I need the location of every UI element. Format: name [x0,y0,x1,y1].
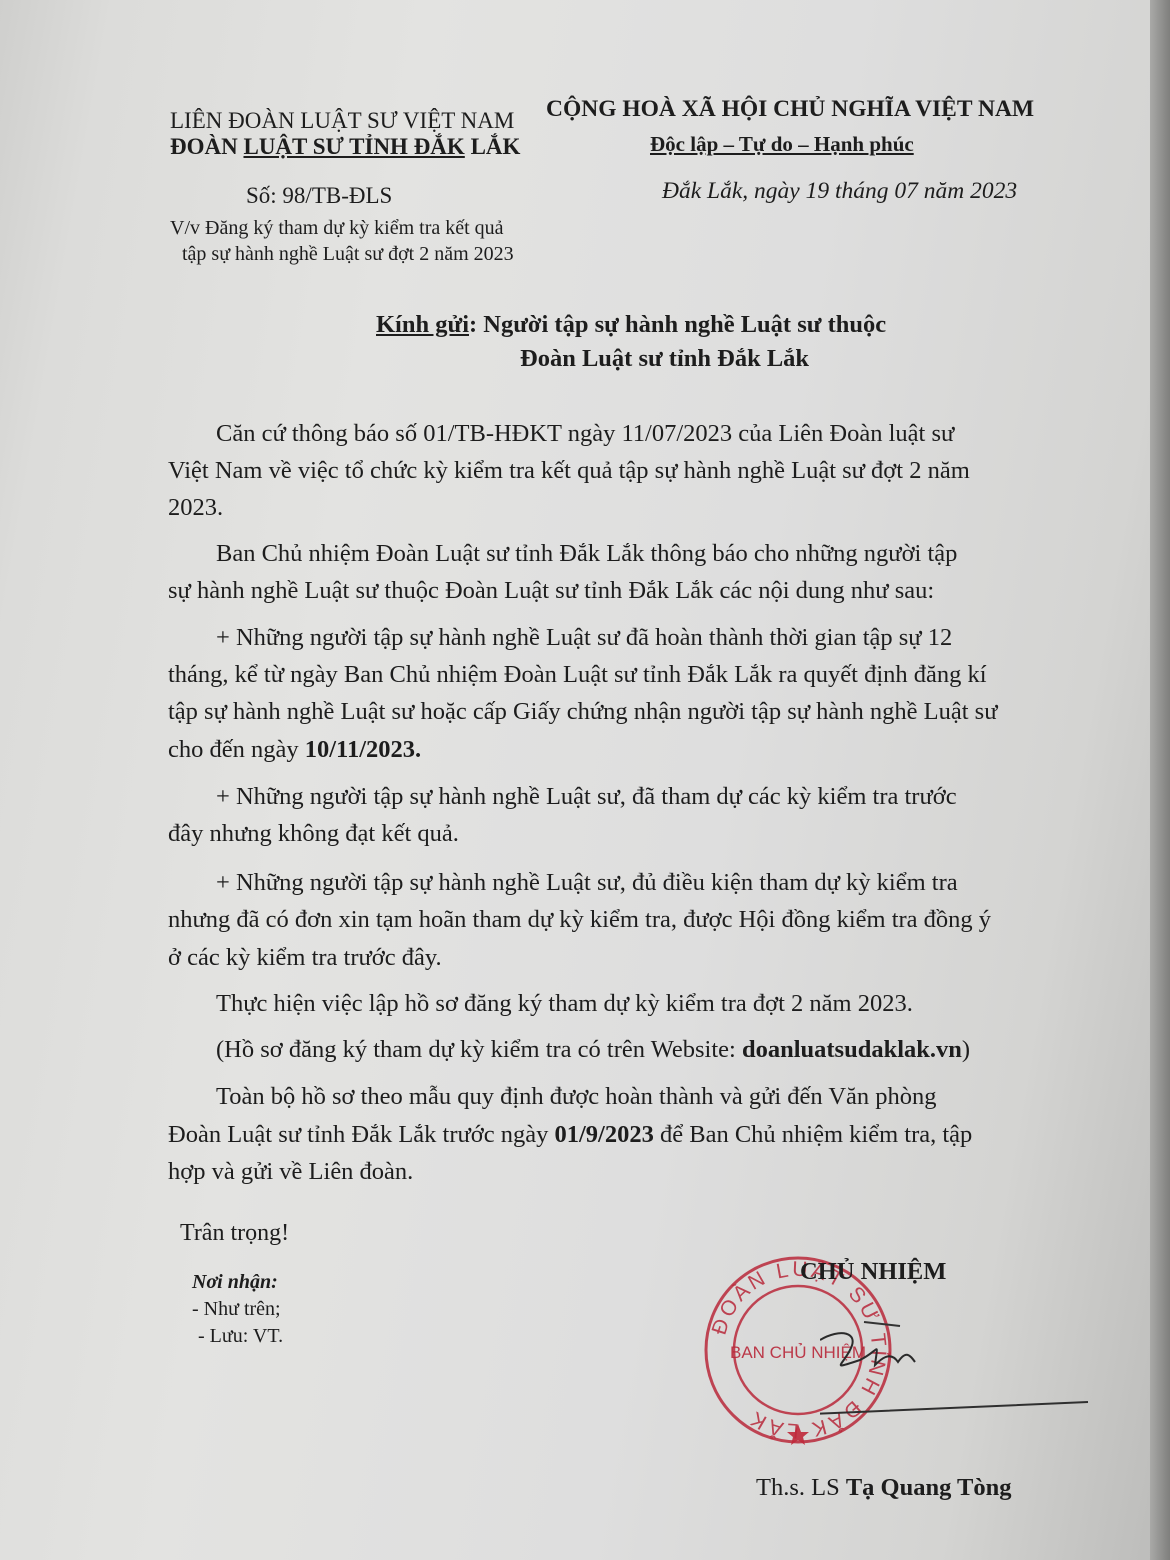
org-branch-underlined: LUẬT SƯ TỈNH ĐẮK [243,134,464,159]
org-branch-prefix: ĐOÀN [170,134,243,159]
document-page: LIÊN ĐOÀN LUẬT SƯ VIỆT NAM ĐOÀN LUẬT SƯ … [0,0,1152,1560]
signatory-full-name: Tạ Quang Tòng [846,1474,1012,1501]
paragraph-8-line-2: Đoàn Luật sư tỉnh Đắk Lắk trước ngày 01/… [168,1121,972,1149]
closing: Trân trọng! [180,1220,289,1247]
paragraph-4-line-1: + Những người tập sự hành nghề Luật sư, … [216,783,957,811]
paragraph-3-line-2: tháng, kể từ ngày Ban Chủ nhiệm Đoàn Luậ… [168,661,987,689]
paragraph-3-line-4: cho đến ngày 10/11/2023. [168,736,421,764]
place-date: Đắk Lắk, ngày 19 tháng 07 năm 2023 [662,178,1017,205]
paragraph-5-line-1: + Những người tập sự hành nghề Luật sư, … [216,869,958,897]
paragraph-6: Thực hiện việc lập hồ sơ đăng ký tham dự… [216,990,913,1018]
subject-line-1: V/v Đăng ký tham dự kỳ kiểm tra kết quả [170,217,504,240]
page-edge-shadow [1150,0,1170,1560]
national-title: CỘNG HOÀ XÃ HỘI CHỦ NGHĨA VIỆT NAM [546,96,1034,123]
signatory-title-prefix: Th.s. LS [756,1474,846,1501]
paragraph-3-line-1: + Những người tập sự hành nghề Luật sư đ… [216,624,952,652]
org-name: LIÊN ĐOÀN LUẬT SƯ VIỆT NAM [170,108,514,134]
paragraph-8-line-1: Toàn bộ hồ sơ theo mẫu quy định được hoà… [216,1083,937,1111]
signature-scribble-icon [820,1310,1150,1450]
recipient-line-1: Kính gửi: Người tập sự hành nghề Luật sư… [376,311,886,339]
deadline-prefix: cho đến ngày [168,736,305,763]
deadline-date: 10/11/2023. [305,736,421,763]
paragraph-8-line-3: hợp và gửi về Liên đoàn. [168,1158,413,1186]
subject-line-2: tập sự hành nghề Luật sư đợt 2 năm 2023 [182,243,514,266]
submission-suffix: để Ban Chủ nhiệm kiểm tra, tập [654,1121,972,1148]
org-branch-suffix: LẮK [465,134,521,159]
paragraph-3-line-3: tập sự hành nghề Luật sư hoặc cấp Giấy c… [168,698,997,726]
signatory-name: Th.s. LS Tạ Quang Tòng [756,1474,1012,1502]
paragraph-1-line-2: Việt Nam về việc tổ chức kỳ kiểm tra kết… [168,457,970,485]
paragraph-5-line-3: ở các kỳ kiểm tra trước đây. [168,944,442,972]
website-prefix: (Hồ sơ đăng ký tham dự kỳ kiểm tra có tr… [216,1036,742,1063]
recipients-item-1: - Như trên; [192,1298,281,1321]
signature-title: CHỦ NHIỆM [800,1258,946,1286]
recipients-item-2: - Lưu: VT. [198,1325,283,1348]
submission-prefix: Đoàn Luật sư tỉnh Đắk Lắk trước ngày [168,1121,555,1148]
recipient-text: : Người tập sự hành nghề Luật sư thuộc [469,311,886,338]
paragraph-1-line-3: 2023. [168,494,223,522]
paragraph-7: (Hồ sơ đăng ký tham dự kỳ kiểm tra có tr… [216,1036,970,1064]
paragraph-5-line-2: nhưng đã có đơn xin tạm hoãn tham dự kỳ … [168,906,991,934]
website-link[interactable]: doanluatsudaklak.vn [742,1036,962,1063]
submission-date: 01/9/2023 [555,1121,654,1148]
website-suffix: ) [962,1036,970,1063]
org-branch: ĐOÀN LUẬT SƯ TỈNH ĐẮK LẮK [170,134,520,160]
paragraph-1-line-1: Căn cứ thông báo số 01/TB-HĐKT ngày 11/0… [216,420,954,448]
paragraph-4-line-2: đây nhưng không đạt kết quả. [168,820,459,848]
recipients-title: Nơi nhận: [192,1271,278,1294]
paragraph-2-line-1: Ban Chủ nhiệm Đoàn Luật sư tỉnh Đắk Lắk … [216,540,957,568]
national-motto: Độc lập – Tự do – Hạnh phúc [650,132,914,157]
paragraph-2-line-2: sự hành nghề Luật sư thuộc Đoàn Luật sư … [168,577,934,605]
document-number: Số: 98/TB-ĐLS [246,183,392,209]
recipient-line-2: Đoàn Luật sư tỉnh Đắk Lắk [520,345,809,373]
recipient-label: Kính gửi [376,311,469,338]
